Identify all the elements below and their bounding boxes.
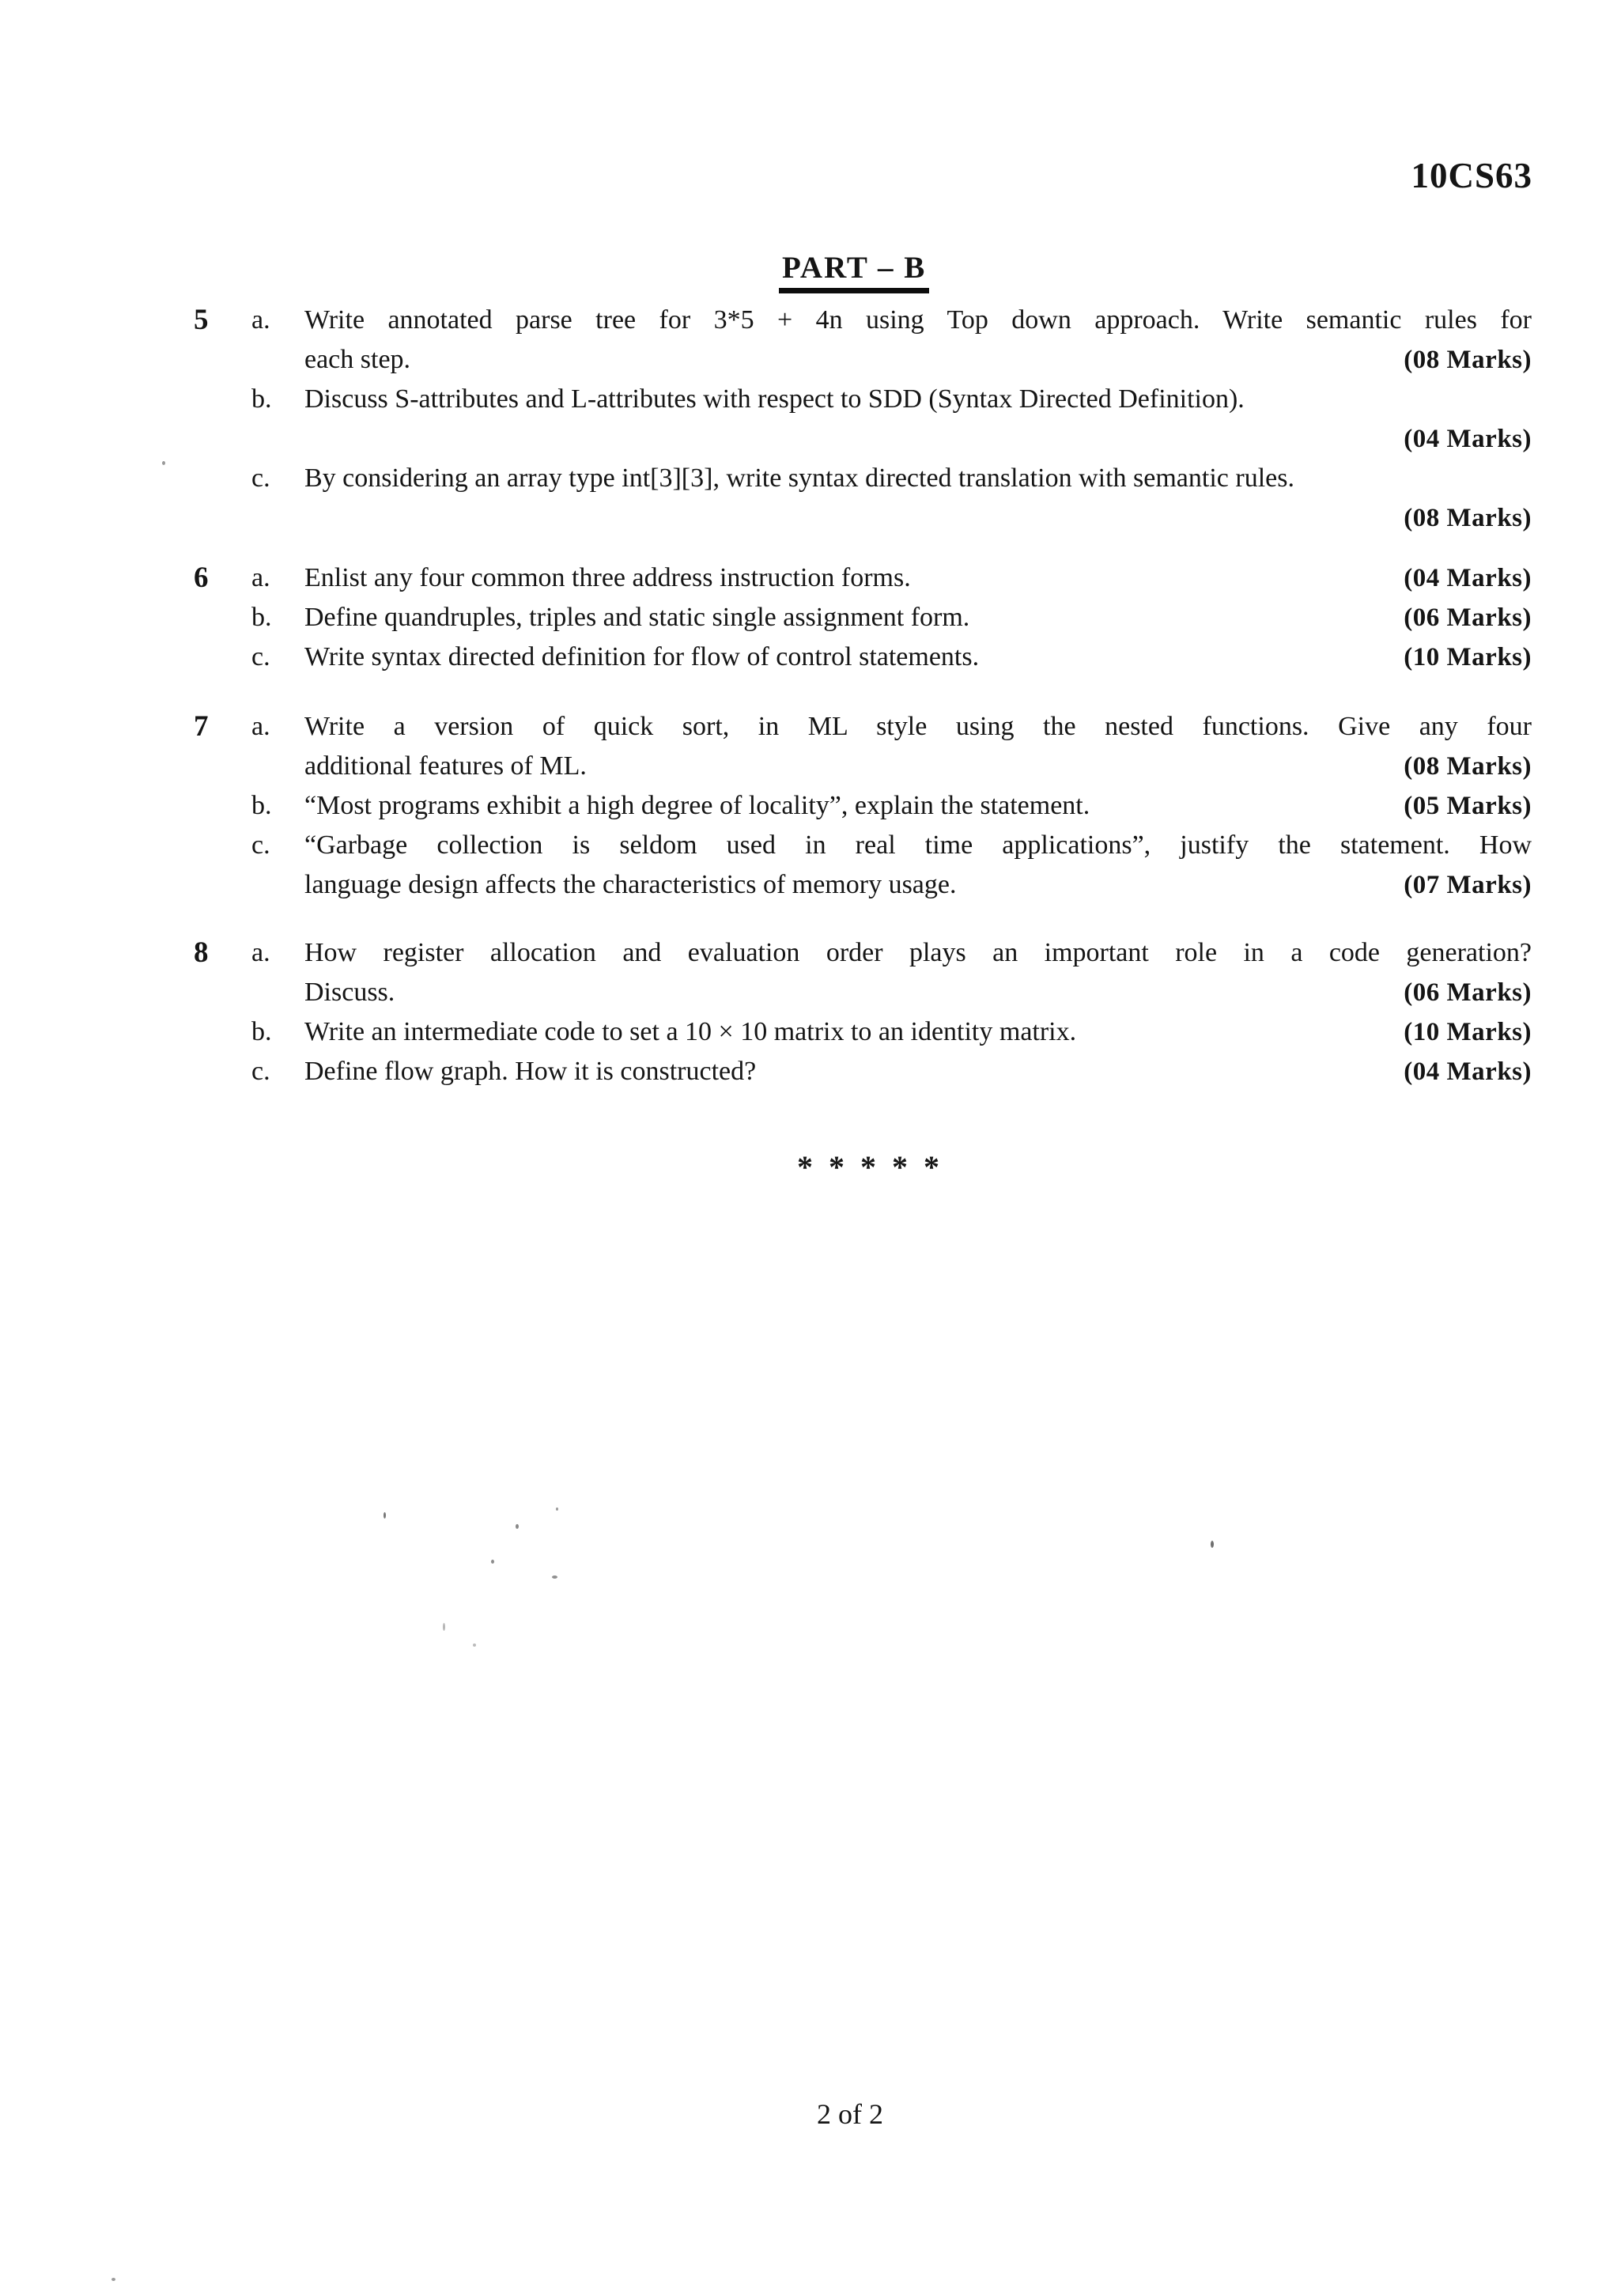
question-7-part-a: a. Write a version of quick sort, in ML … [251,707,1532,786]
marks-badge: (04 Marks) [1404,1052,1532,1091]
part-label: b. [251,786,304,826]
scan-speck [491,1560,494,1564]
question-text-line: Write syntax directed definition for flo… [304,637,979,677]
marks-badge: (10 Marks) [1404,1012,1532,1052]
marks-badge: (04 Marks) [1404,425,1532,453]
question-7-part-b: b. “Most programs exhibit a high degree … [251,786,1532,826]
end-of-paper-asterisks: * * * * * [797,1148,941,1186]
marks-badge: (04 Marks) [1404,558,1532,598]
marks-badge: (08 Marks) [1404,340,1532,380]
question-text-line: additional features of ML. [304,747,587,786]
marks-badge: (08 Marks) [1404,747,1532,786]
page-number: 2 of 2 [817,2097,883,2131]
part-label: c. [251,1052,304,1091]
scan-speck [1211,1541,1214,1548]
part-label: b. [251,598,304,637]
part-label: a. [251,558,304,598]
question-text-line: Write a version of quick sort, in ML sty… [304,707,1532,747]
question-7-part-c: c. “Garbage collection is seldom used in… [251,826,1532,905]
marks-badge: (05 Marks) [1404,786,1532,826]
question-6-part-b: b. Define quandruples, triples and stati… [251,598,1532,637]
question-6-part-c: c. Write syntax directed definition for … [251,637,1532,677]
question-text-line: language design affects the characterist… [304,865,956,905]
question-text-line: Write annotated parse tree for 3*5 + 4n … [304,301,1532,340]
marks-badge: (10 Marks) [1404,637,1532,677]
part-label: a. [251,301,304,340]
question-5-part-c: c. By considering an array type int[3][3… [251,459,1532,538]
question-number: 7 [194,707,251,747]
section-title: PART – B [779,250,929,293]
part-label: b. [251,1012,304,1052]
part-label: c. [251,826,304,865]
question-number: 6 [194,558,251,598]
scan-speck [516,1524,519,1529]
scan-speck [556,1507,558,1511]
question-8-part-c: c. Define flow graph. How it is construc… [251,1052,1532,1091]
question-text-line: How register allocation and evaluation o… [304,933,1532,973]
scan-speck [552,1575,557,1579]
part-label: c. [251,459,304,498]
scan-speck [162,461,165,465]
question-5-part-a: a. Write annotated parse tree for 3*5 + … [251,301,1532,380]
scan-speck [473,1644,476,1647]
question-text-line: “Most programs exhibit a high degree of … [304,786,1090,826]
question-text-line: Enlist any four common three address ins… [304,558,911,598]
scan-speck [443,1623,445,1631]
question-text-line: By considering an array type int[3][3], … [304,459,1532,498]
question-text-line: Define flow graph. How it is constructed… [304,1052,756,1091]
question-5-part-b: b. Discuss S-attributes and L-attributes… [251,380,1532,459]
question-text-line: Discuss S-attributes and L-attributes wi… [304,380,1532,419]
marks-badge: (08 Marks) [1404,504,1532,532]
question-7: 7 a. Write a version of quick sort, in M… [194,707,1532,905]
course-code: 10CS63 [1411,155,1532,196]
questions-area: 5 a. Write annotated parse tree for 3*5 … [194,301,1532,1091]
question-text-line: “Garbage collection is seldom used in re… [304,826,1532,865]
question-8-part-b: b. Write an intermediate code to set a 1… [251,1012,1532,1052]
part-label: a. [251,707,304,747]
question-text-line: Discuss. [304,973,395,1012]
part-label: a. [251,933,304,973]
question-8: 8 a. How register allocation and evaluat… [194,933,1532,1091]
scan-speck [111,2278,115,2281]
question-8-part-a: a. How register allocation and evaluatio… [251,933,1532,1012]
part-label: c. [251,637,304,677]
question-text-line: each step. [304,340,410,380]
marks-badge: (06 Marks) [1404,973,1532,1012]
part-label: b. [251,380,304,419]
question-6: 6 a. Enlist any four common three addres… [194,558,1532,677]
question-5: 5 a. Write annotated parse tree for 3*5 … [194,301,1532,538]
scan-speck [384,1512,386,1519]
marks-badge: (07 Marks) [1404,865,1532,905]
marks-badge: (06 Marks) [1404,598,1532,637]
question-number: 5 [194,301,251,340]
question-text-line: Define quandruples, triples and static s… [304,598,969,637]
exam-paper-page: 10CS63 PART – B 5 a. Write annotated par… [0,0,1621,2296]
question-number: 8 [194,933,251,973]
question-6-part-a: a. Enlist any four common three address … [251,558,1532,598]
question-text-line: Write an intermediate code to set a 10 ×… [304,1012,1076,1052]
